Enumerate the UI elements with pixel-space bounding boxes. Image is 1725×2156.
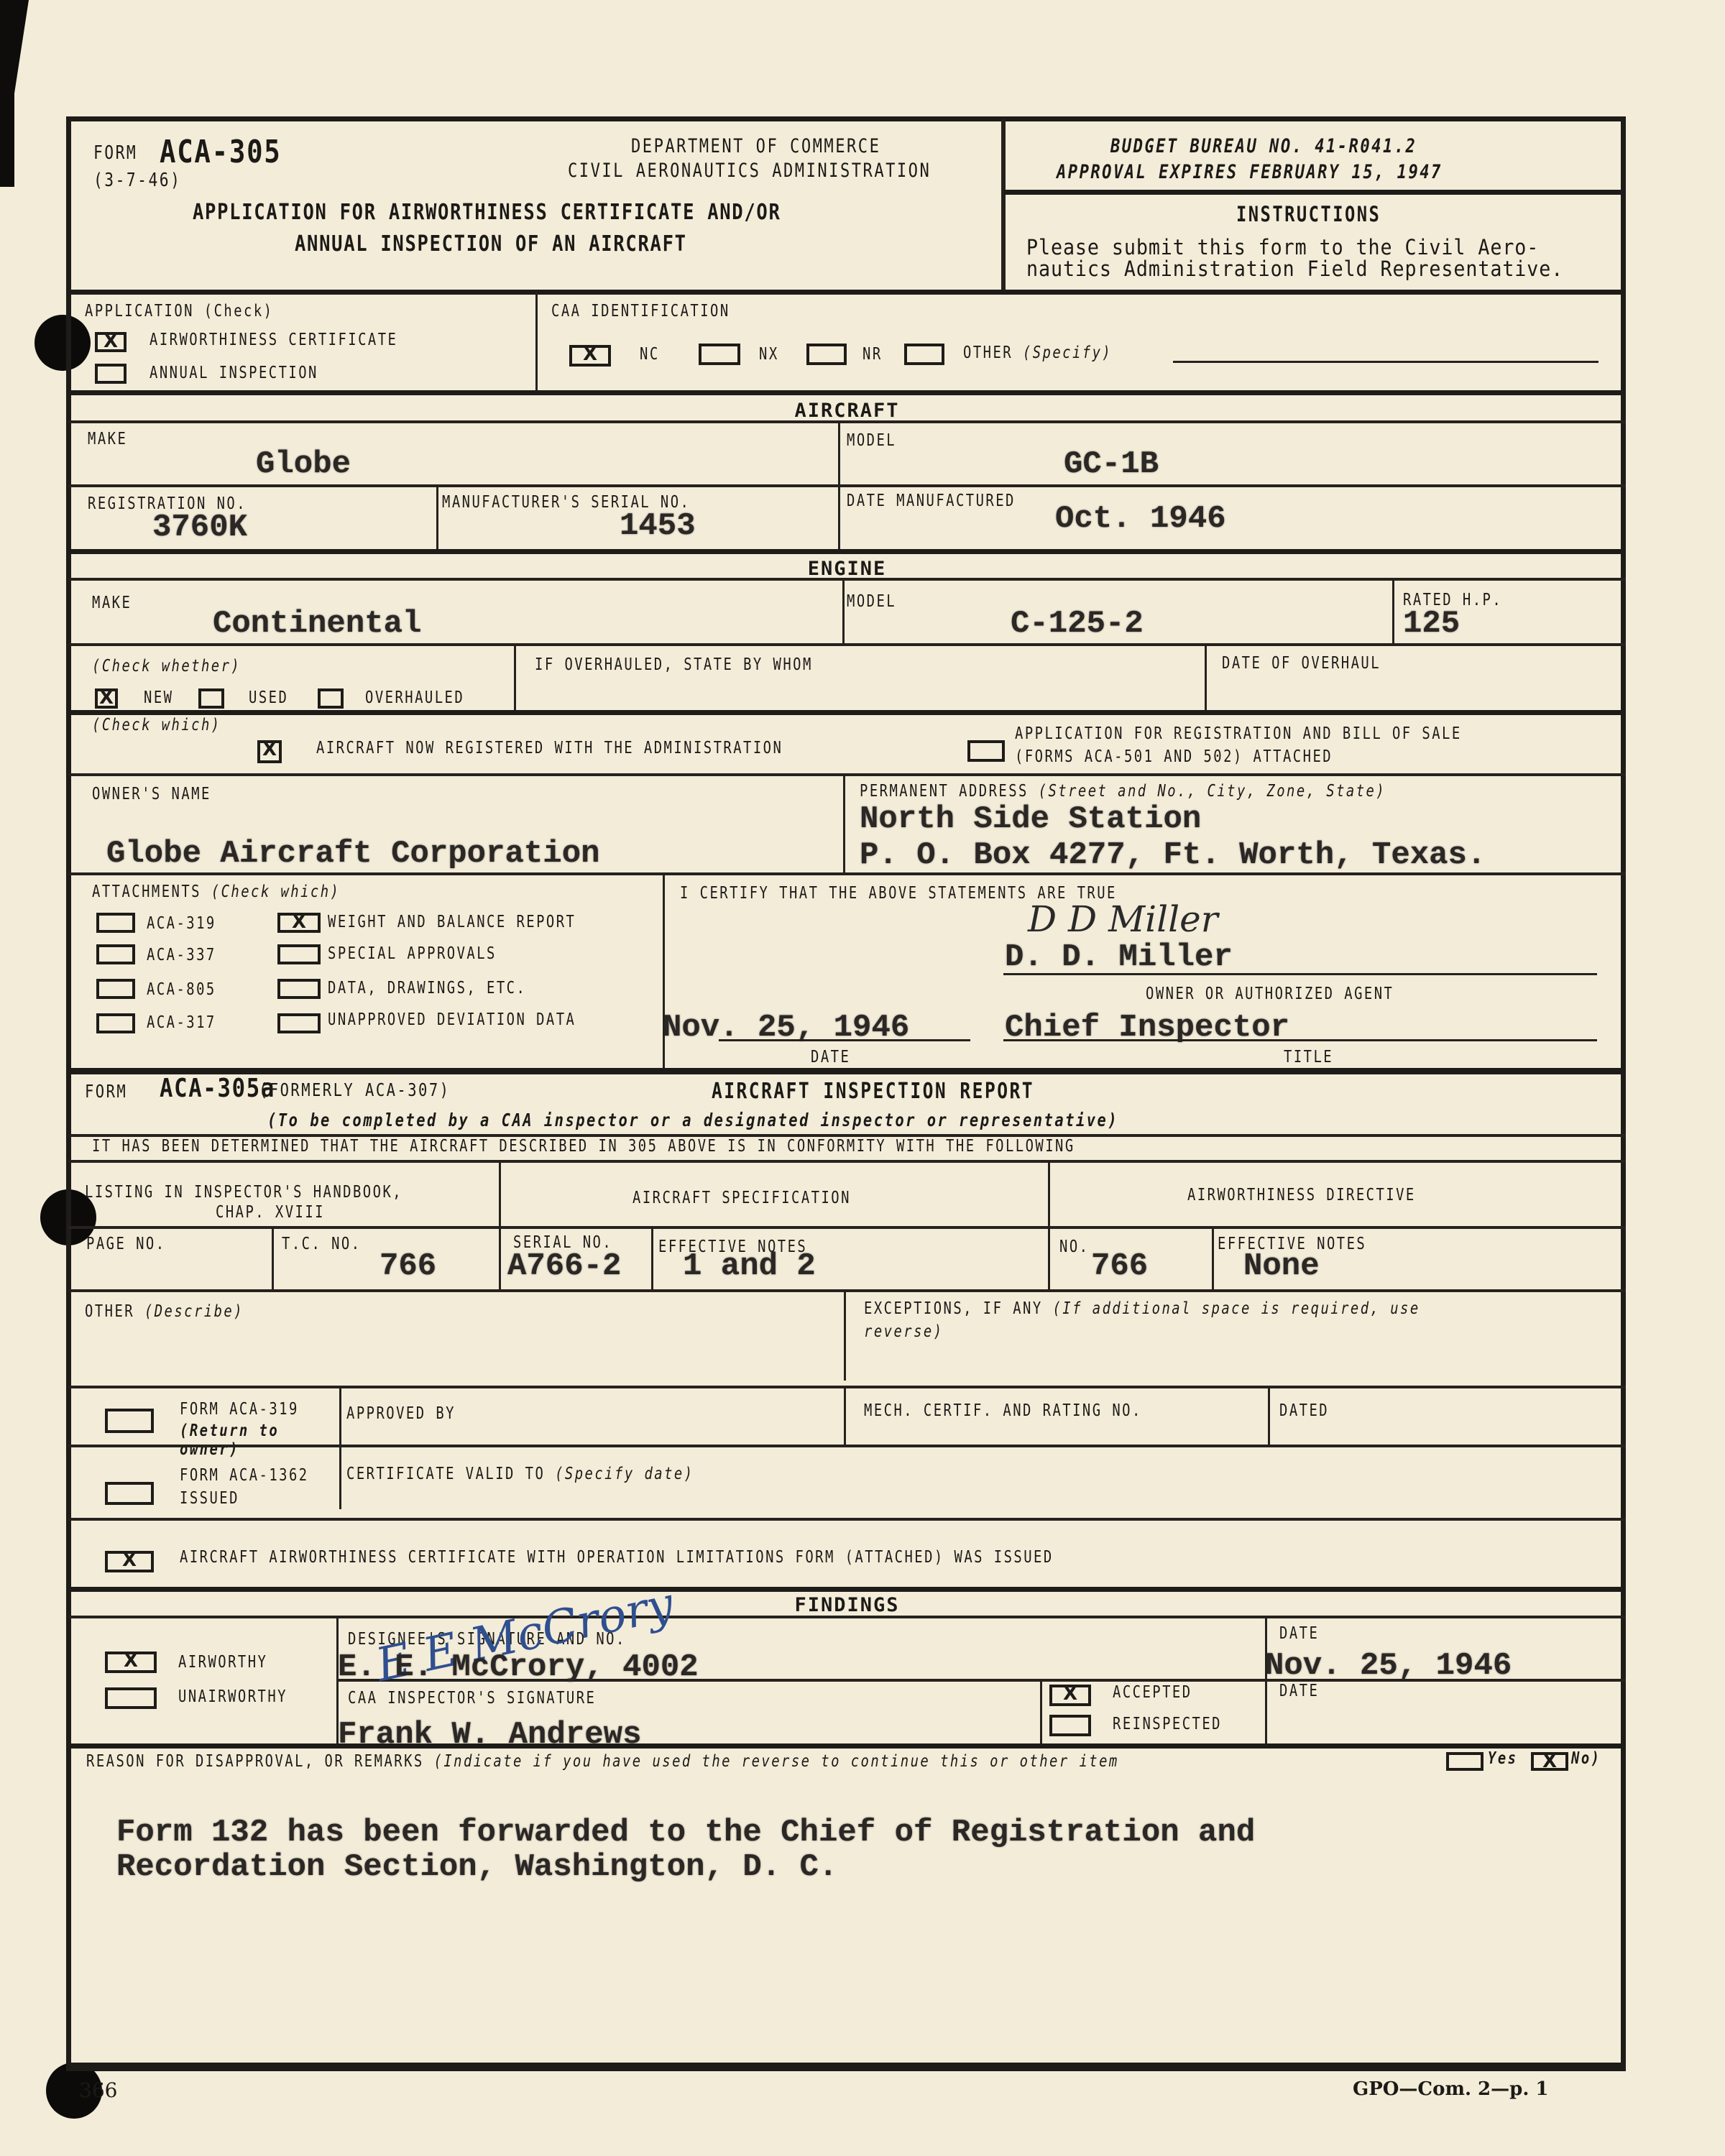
divider: [1212, 1227, 1214, 1291]
attachment-weight-balance-label: WEIGHT AND BALANCE REPORT: [328, 914, 576, 931]
caa-nx-checkbox[interactable]: [699, 344, 740, 365]
divider: [272, 1227, 274, 1291]
date-line: [719, 1039, 970, 1041]
dated-label: DATED: [1279, 1403, 1329, 1419]
certification-date-label: DATE: [811, 1049, 850, 1066]
section-rule: [68, 1068, 1626, 1074]
rule: [68, 643, 1626, 646]
inspection-report-subtitle: (To be completed by a CAA inspector or a…: [267, 1111, 1118, 1129]
engine-used-checkbox[interactable]: [198, 688, 224, 709]
divider: [844, 1387, 846, 1445]
instructions-line1: Please submit this form to the Civil Aer…: [1026, 237, 1539, 258]
divider: [844, 1291, 846, 1381]
aircraft-model-label: MODEL: [847, 433, 896, 449]
listing-label-1: LISTING IN INSPECTOR'S HANDBOOK,: [85, 1184, 402, 1201]
conformity-statement: IT HAS BEEN DETERMINED THAT THE AIRCRAFT…: [92, 1138, 1075, 1155]
rule: [68, 1226, 1626, 1229]
overhaul-date-label: DATE OF OVERHAUL: [1222, 655, 1381, 672]
application-airworthiness-label: AIRWORTHINESS CERTIFICATE: [149, 332, 397, 349]
attachment-aca-319-label: ACA-319: [147, 916, 216, 932]
remarks-reverse-yes-checkbox[interactable]: [1446, 1752, 1483, 1771]
engine-model-label: MODEL: [847, 594, 896, 610]
form-aca-319-checkbox[interactable]: [105, 1409, 154, 1433]
findings-title: FINDINGS: [68, 1595, 1626, 1615]
certificate-valid-to-label: CERTIFICATE VALID TO (Specify date): [346, 1466, 694, 1483]
agent-name-value[interactable]: D. D. Miller: [1005, 941, 1233, 973]
address-line2[interactable]: P. O. Box 4277, Ft. Worth, Texas.: [860, 839, 1486, 871]
divider: [535, 291, 538, 392]
attachment-data-drawings-checkbox[interactable]: [277, 979, 321, 999]
other-describe-label: OTHER (Describe): [85, 1304, 244, 1320]
header-bottom-rule: [68, 290, 1626, 295]
aircraft-registered-checkbox[interactable]: [257, 740, 282, 763]
engine-used-label: USED: [249, 690, 288, 706]
reinspected-checkbox[interactable]: [1049, 1715, 1091, 1736]
footer-gpo-code: GPO—Com. 2—p. 1: [1353, 2078, 1549, 2100]
attachment-special-approvals-label: SPECIAL APPROVALS: [328, 946, 497, 962]
divider: [1040, 1680, 1042, 1745]
form-number: ACA-305: [160, 134, 282, 170]
certificate-issued-checkbox[interactable]: [105, 1551, 154, 1572]
remarks-text-line1[interactable]: Form 132 has been forwarded to the Chief…: [116, 1817, 1255, 1848]
attachment-aca-805-checkbox[interactable]: [96, 979, 135, 999]
remarks-label: REASON FOR DISAPPROVAL, OR REMARKS (Indi…: [86, 1754, 1119, 1770]
form-title-line1: APPLICATION FOR AIRWORTHINESS CERTIFICAT…: [193, 200, 781, 225]
inspection-form-prefix: FORM: [85, 1082, 127, 1100]
form-aca-1362-checkbox[interactable]: [105, 1482, 154, 1505]
aircraft-registered-label: AIRCRAFT NOW REGISTERED WITH THE ADMINIS…: [316, 740, 783, 757]
divider: [651, 1227, 653, 1291]
inspection-form-number: ACA-305a: [160, 1074, 275, 1103]
engine-make-label: MAKE: [92, 595, 132, 612]
exceptions-label-1: EXCEPTIONS, IF ANY (If additional space …: [864, 1301, 1420, 1317]
caa-nx-label: NX: [759, 346, 779, 363]
form-title-line2: ANNUAL INSPECTION OF AN AIRCRAFT: [295, 231, 687, 257]
rule: [68, 390, 1626, 395]
approval-expiry: APPROVAL EXPIRES FEBRUARY 15, 1947: [1057, 162, 1443, 182]
administration: CIVIL AERONAUTICS ADMINISTRATION: [568, 161, 931, 180]
rule: [68, 1445, 1626, 1447]
rule: [68, 549, 1626, 554]
caa-nr-checkbox[interactable]: [806, 344, 847, 365]
aircraft-make-value[interactable]: Globe: [256, 448, 351, 480]
registration-application-label-2: (FORMS ACA-501 AND 502) ATTACHED: [1015, 749, 1333, 765]
airworthiness-directive-label: AIRWORTHINESS DIRECTIVE: [1187, 1187, 1416, 1204]
aircraft-specification-label: AIRCRAFT SPECIFICATION: [632, 1190, 851, 1207]
engine-make-value[interactable]: Continental: [213, 608, 421, 640]
application-airworthiness-checkbox[interactable]: [95, 332, 126, 352]
engine-new-label: NEW: [144, 690, 173, 706]
form-aca-1362-issued-label: ISSUED: [180, 1491, 239, 1507]
header-divider: [1001, 119, 1006, 291]
rule: [68, 872, 1626, 875]
rule: [68, 1386, 1626, 1388]
scan-corner-shadow: [0, 0, 29, 187]
accepted-label: ACCEPTED: [1113, 1685, 1192, 1701]
accepted-checkbox[interactable]: [1049, 1685, 1091, 1706]
divider: [1268, 1387, 1270, 1445]
airworthy-label: AIRWORTHY: [178, 1654, 267, 1671]
engine-overhauled-checkbox[interactable]: [318, 688, 344, 709]
attachment-special-approvals-checkbox[interactable]: [277, 944, 321, 964]
registration-application-label-1: APPLICATION FOR REGISTRATION AND BILL OF…: [1015, 726, 1462, 742]
header-rule: [1003, 190, 1626, 195]
attachment-aca-337-label: ACA-337: [147, 947, 216, 964]
page-no-label: PAGE NO.: [86, 1236, 166, 1253]
agent-label: OWNER OR AUTHORIZED AGENT: [1146, 986, 1394, 1003]
caa-nr-label: NR: [862, 346, 883, 363]
certification-title-label: TITLE: [1284, 1049, 1333, 1066]
owner-signature[interactable]: D D Miller: [1028, 898, 1218, 940]
manufacturer-serial-value[interactable]: 1453: [620, 510, 696, 542]
caa-inspector-signature-label: CAA INSPECTOR'S SIGNATURE: [348, 1690, 596, 1707]
footer-left-code: 366: [79, 2078, 117, 2102]
airworthy-checkbox[interactable]: [105, 1651, 157, 1673]
attachment-data-drawings-label: DATA, DRAWINGS, ETC.: [328, 980, 526, 997]
tc-no-value[interactable]: 766: [379, 1250, 436, 1282]
inspection-report-title: AIRCRAFT INSPECTION REPORT: [712, 1081, 1034, 1102]
attachment-unapproved-deviation-label: UNAPPROVED DEVIATION DATA: [328, 1012, 576, 1028]
remarks-no-label: No): [1571, 1751, 1601, 1767]
engine-condition-label: (Check whether): [92, 658, 241, 675]
rule: [68, 1616, 1626, 1618]
form-revision-date: (3-7-46): [93, 171, 181, 190]
remarks-text-line2[interactable]: Recordation Section, Washington, D. C.: [116, 1851, 837, 1883]
owner-name-label: OWNER'S NAME: [92, 786, 211, 803]
divider: [514, 645, 516, 711]
attachment-aca-337-checkbox[interactable]: [96, 944, 135, 964]
rule: [68, 1518, 1626, 1521]
divider: [436, 486, 438, 550]
registration-application-checkbox[interactable]: [967, 740, 1005, 762]
registration-value[interactable]: 3760K: [152, 512, 247, 543]
ad-no-value[interactable]: 766: [1091, 1250, 1148, 1282]
instructions-title: INSTRUCTIONS: [1236, 204, 1381, 225]
spec-effective-notes-value[interactable]: 1 and 2: [683, 1250, 816, 1282]
mech-certif-label: MECH. CERTIF. AND RATING NO.: [864, 1403, 1142, 1419]
engine-overhauled-label: OVERHAULED: [365, 690, 464, 706]
attachment-aca-319-checkbox[interactable]: [96, 913, 135, 933]
instructions-line2: nautics Administration Field Representat…: [1026, 259, 1563, 280]
engine-model-value[interactable]: C-125-2: [1011, 608, 1144, 640]
approved-by-label: APPROVED BY: [346, 1406, 456, 1422]
divider: [842, 579, 845, 644]
attachment-weight-balance-checkbox[interactable]: [277, 913, 321, 933]
date-manufactured-label: DATE MANUFACTURED: [847, 493, 1016, 510]
attachments-label: ATTACHMENTS (Check which): [92, 884, 340, 900]
designee-name-value[interactable]: E. E. McCrory, 4002: [338, 1651, 699, 1683]
remarks-yes-label: Yes: [1488, 1751, 1517, 1767]
address-line1[interactable]: North Side Station: [860, 803, 1201, 835]
rule: [68, 1587, 1626, 1592]
caa-identification-label: CAA IDENTIFICATION: [551, 303, 730, 320]
inspection-formerly: (FORMERLY ACA-307): [259, 1081, 450, 1099]
aircraft-model-value[interactable]: GC-1B: [1064, 448, 1159, 480]
caa-nc-label: NC: [640, 346, 660, 363]
form-prefix: FORM: [93, 144, 137, 162]
owner-name-value[interactable]: Globe Aircraft Corporation: [106, 838, 600, 870]
rule: [68, 773, 1626, 776]
attachment-unapproved-deviation-checkbox[interactable]: [277, 1013, 321, 1033]
aircraft-section-title: AIRCRAFT: [68, 401, 1626, 420]
department: DEPARTMENT OF COMMERCE: [631, 137, 880, 156]
rule: [68, 484, 1626, 487]
caa-other-specify-line[interactable]: [1173, 361, 1598, 363]
exceptions-label-2: reverse): [864, 1324, 944, 1340]
attachment-aca-805-label: ACA-805: [147, 982, 216, 998]
certificate-issued-label: AIRCRAFT AIRWORTHINESS CERTIFICATE WITH …: [180, 1549, 1054, 1566]
attachment-aca-317-label: ACA-317: [147, 1015, 216, 1031]
findings-date-label: DATE: [1279, 1626, 1319, 1642]
unairworthy-checkbox[interactable]: [105, 1687, 157, 1709]
divider: [1205, 645, 1207, 711]
bottom-rule: [68, 2063, 1626, 2071]
spec-serial-no-value[interactable]: A766-2: [507, 1250, 621, 1282]
registration-status-label: (Check which): [92, 717, 221, 734]
application-annual-inspection-checkbox[interactable]: [95, 364, 126, 384]
rated-hp-value[interactable]: 125: [1403, 608, 1460, 640]
rule: [68, 1743, 1626, 1749]
reinspected-label: REINSPECTED: [1113, 1716, 1222, 1733]
application-label: APPLICATION (Check): [85, 303, 273, 320]
rule: [68, 1160, 1626, 1163]
form-aca-319-label: FORM ACA-319: [180, 1401, 299, 1418]
ad-effective-notes-value[interactable]: None: [1243, 1250, 1320, 1282]
rule: [68, 710, 1626, 715]
aircraft-make-label: MAKE: [88, 431, 127, 448]
caa-nc-checkbox[interactable]: [569, 345, 611, 367]
ad-no-label: NO.: [1059, 1239, 1089, 1256]
divider: [339, 1387, 341, 1509]
remarks-reverse-no-checkbox[interactable]: [1531, 1752, 1568, 1771]
divider: [1392, 579, 1394, 644]
caa-other-label: OTHER (Specify): [963, 345, 1112, 361]
unairworthy-label: UNAIRWORTHY: [178, 1689, 287, 1705]
agent-signature-line: [1003, 973, 1597, 975]
permanent-address-label: PERMANENT ADDRESS (Street and No., City,…: [860, 783, 1386, 800]
attachment-aca-317-checkbox[interactable]: [96, 1013, 135, 1033]
rule: [68, 1289, 1626, 1292]
findings-date2-label: DATE: [1279, 1683, 1319, 1700]
findings-date-value[interactable]: Nov. 25, 1946: [1265, 1650, 1512, 1682]
engine-section-title: ENGINE: [68, 559, 1626, 579]
engine-new-checkbox[interactable]: [95, 688, 118, 709]
application-annual-inspection-label: ANNUAL INSPECTION: [149, 365, 318, 382]
form-aca-319-return-label: (Return to: [180, 1423, 279, 1439]
tc-no-label: T.C. NO.: [282, 1236, 362, 1253]
divider: [843, 775, 845, 874]
listing-label-2: CHAP. XVIII: [216, 1204, 325, 1221]
overhauled-by-label: IF OVERHAULED, STATE BY WHOM: [535, 657, 813, 673]
date-manufactured-value[interactable]: Oct. 1946: [1055, 503, 1226, 535]
title-line: [1003, 1039, 1597, 1041]
form-aca-1362-label: FORM ACA-1362: [180, 1468, 309, 1484]
caa-other-checkbox[interactable]: [904, 344, 944, 365]
budget-bureau-number: BUDGET BUREAU NO. 41-R041.2: [1110, 137, 1417, 156]
rule: [68, 420, 1626, 423]
